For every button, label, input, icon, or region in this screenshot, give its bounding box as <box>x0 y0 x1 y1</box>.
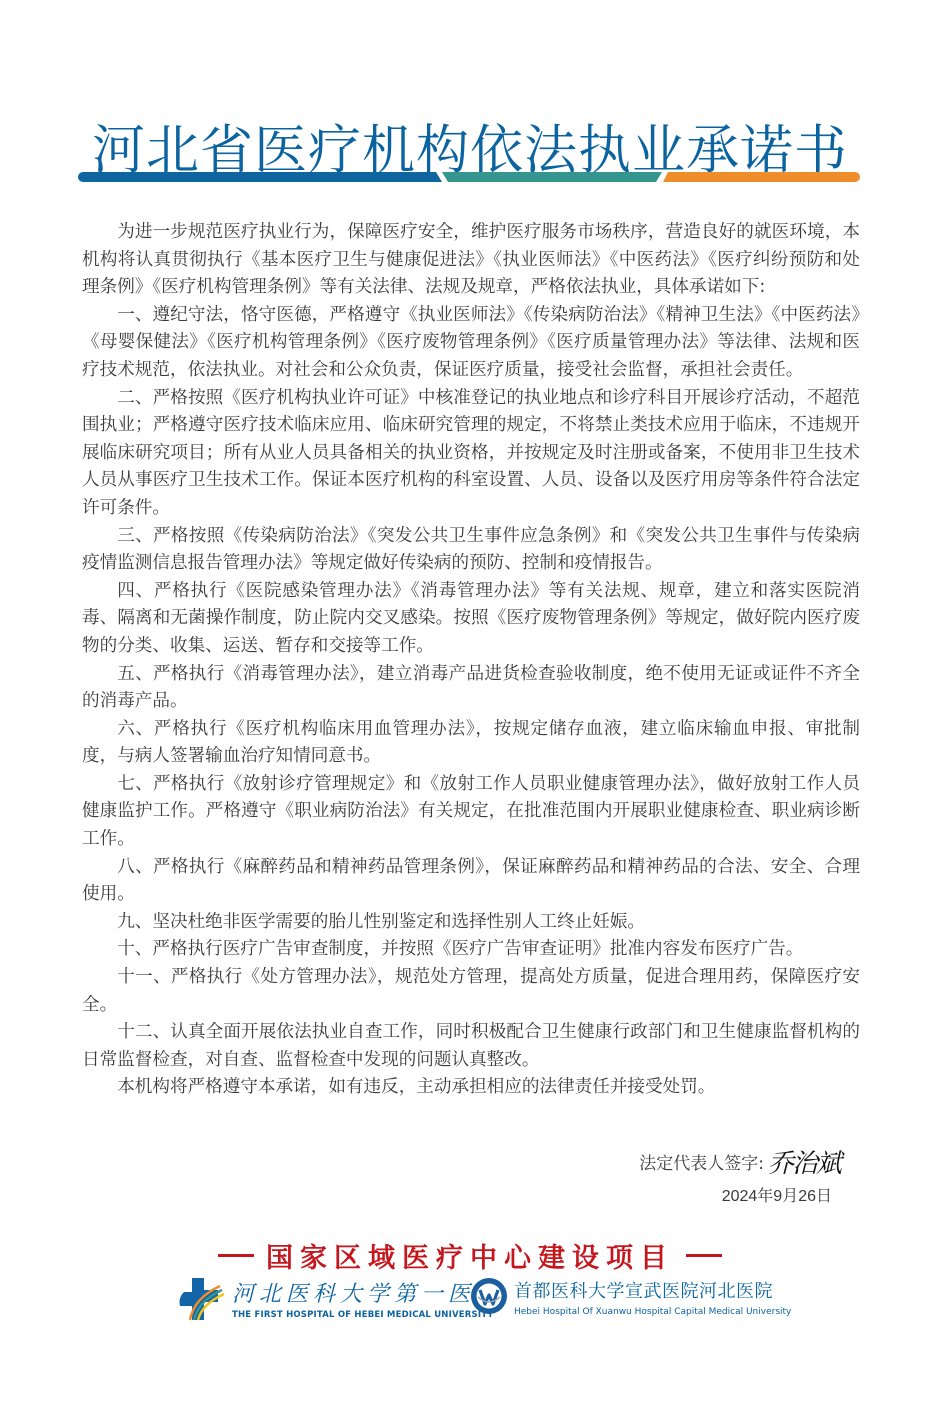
signing-date: 2024年9月26日 <box>722 1183 832 1206</box>
logo-right-name-zh: 首都医科大学宣武医院河北医院 <box>514 1280 791 1304</box>
commitment-item-6: 六、严格执行《医疗机构临床用血管理办法》，按规定储存血液，建立临床输血申报、审批… <box>82 716 860 771</box>
logo-right-name-en: Hebei Hospital Of Xuanwu Hospital Capita… <box>514 1307 791 1317</box>
commitment-item-8: 八、严格执行《麻醉药品和精神药品管理条例》，保证麻醉药品和精神药品的合法、安全、… <box>82 854 860 909</box>
commitment-item-7: 七、严格执行《放射诊疗管理规定》和《放射工作人员职业健康管理办法》，做好放射工作… <box>82 771 860 854</box>
left-dash <box>218 1254 254 1257</box>
commitment-item-12: 十二、认真全面开展依法执业自查工作，同时积极配合卫生健康行政部门和卫生健康监督机… <box>82 1019 860 1074</box>
xuanwu-emblem-logo-icon <box>470 1277 508 1319</box>
commitment-item-11: 十一、严格执行《处方管理办法》，规范处方管理，提高处方质量，促进合理用药，保障医… <box>82 964 860 1019</box>
logo-xuanwu-hebei-hospital: 首都医科大学宣武医院河北医院 Hebei Hospital Of Xuanwu … <box>470 1277 791 1319</box>
hospital-cross-logo-icon <box>176 1276 226 1326</box>
logo-hebei-first-hospital: 河北医科大学第一医院 THE FIRST HOSPITAL OF HEBEI M… <box>176 1276 502 1326</box>
logo-left-name-zh: 河北医科大学第一医院 <box>232 1282 502 1308</box>
commitment-item-2: 二、严格按照《医疗机构执业许可证》中核准登记的执业地点和诊疗科目开展诊疗活动，不… <box>82 385 860 523</box>
signature-block: 法定代表人签字: 乔治斌 <box>639 1143 840 1180</box>
commitment-item-4: 四、严格执行《医院感染管理办法》《消毒管理办法》等有关法规、规章，建立和落实医院… <box>82 578 860 661</box>
right-dash <box>686 1254 722 1257</box>
handwritten-signature: 乔治斌 <box>768 1143 840 1180</box>
commitment-item-5: 五、严格执行《消毒管理办法》，建立消毒产品进货检查验收制度，绝不使用无证或证件不… <box>82 661 860 716</box>
tricolor-separator <box>78 172 860 182</box>
footer-logos: 河北医科大学第一医院 THE FIRST HOSPITAL OF HEBEI M… <box>0 1276 940 1336</box>
commitment-body: 为进一步规范医疗执业行为，保障医疗安全，维护医疗服务市场秩序，营造良好的就医环境… <box>82 219 860 1102</box>
signature-label: 法定代表人签字: <box>639 1149 764 1174</box>
commitment-item-9: 九、坚决杜绝非医学需要的胎儿性别鉴定和选择性别人工终止妊娠。 <box>82 909 860 937</box>
project-banner: 国家区域医疗中心建设项目 <box>0 1236 940 1275</box>
commitment-item-10: 十、严格执行医疗广告审查制度，并按照《医疗广告审查证明》批准内容发布医疗广告。 <box>82 936 860 964</box>
logo-left-name-en: THE FIRST HOSPITAL OF HEBEI MEDICAL UNIV… <box>232 1310 502 1320</box>
commitment-item-3: 三、严格按照《传染病防治法》《突发公共卫生事件应急条例》和《突发公共卫生事件与传… <box>82 523 860 578</box>
commitment-item-1: 一、遵纪守法，恪守医德，严格遵守《执业医师法》《传染病防治法》《精神卫生法》《中… <box>82 302 860 385</box>
intro-paragraph: 为进一步规范医疗执业行为，保障医疗安全，维护医疗服务市场秩序，营造良好的就医环境… <box>82 219 860 302</box>
project-title: 国家区域医疗中心建设项目 <box>266 1236 674 1275</box>
closing-statement: 本机构将严格遵守本承诺，如有违反，主动承担相应的法律责任并接受处罚。 <box>82 1074 860 1102</box>
